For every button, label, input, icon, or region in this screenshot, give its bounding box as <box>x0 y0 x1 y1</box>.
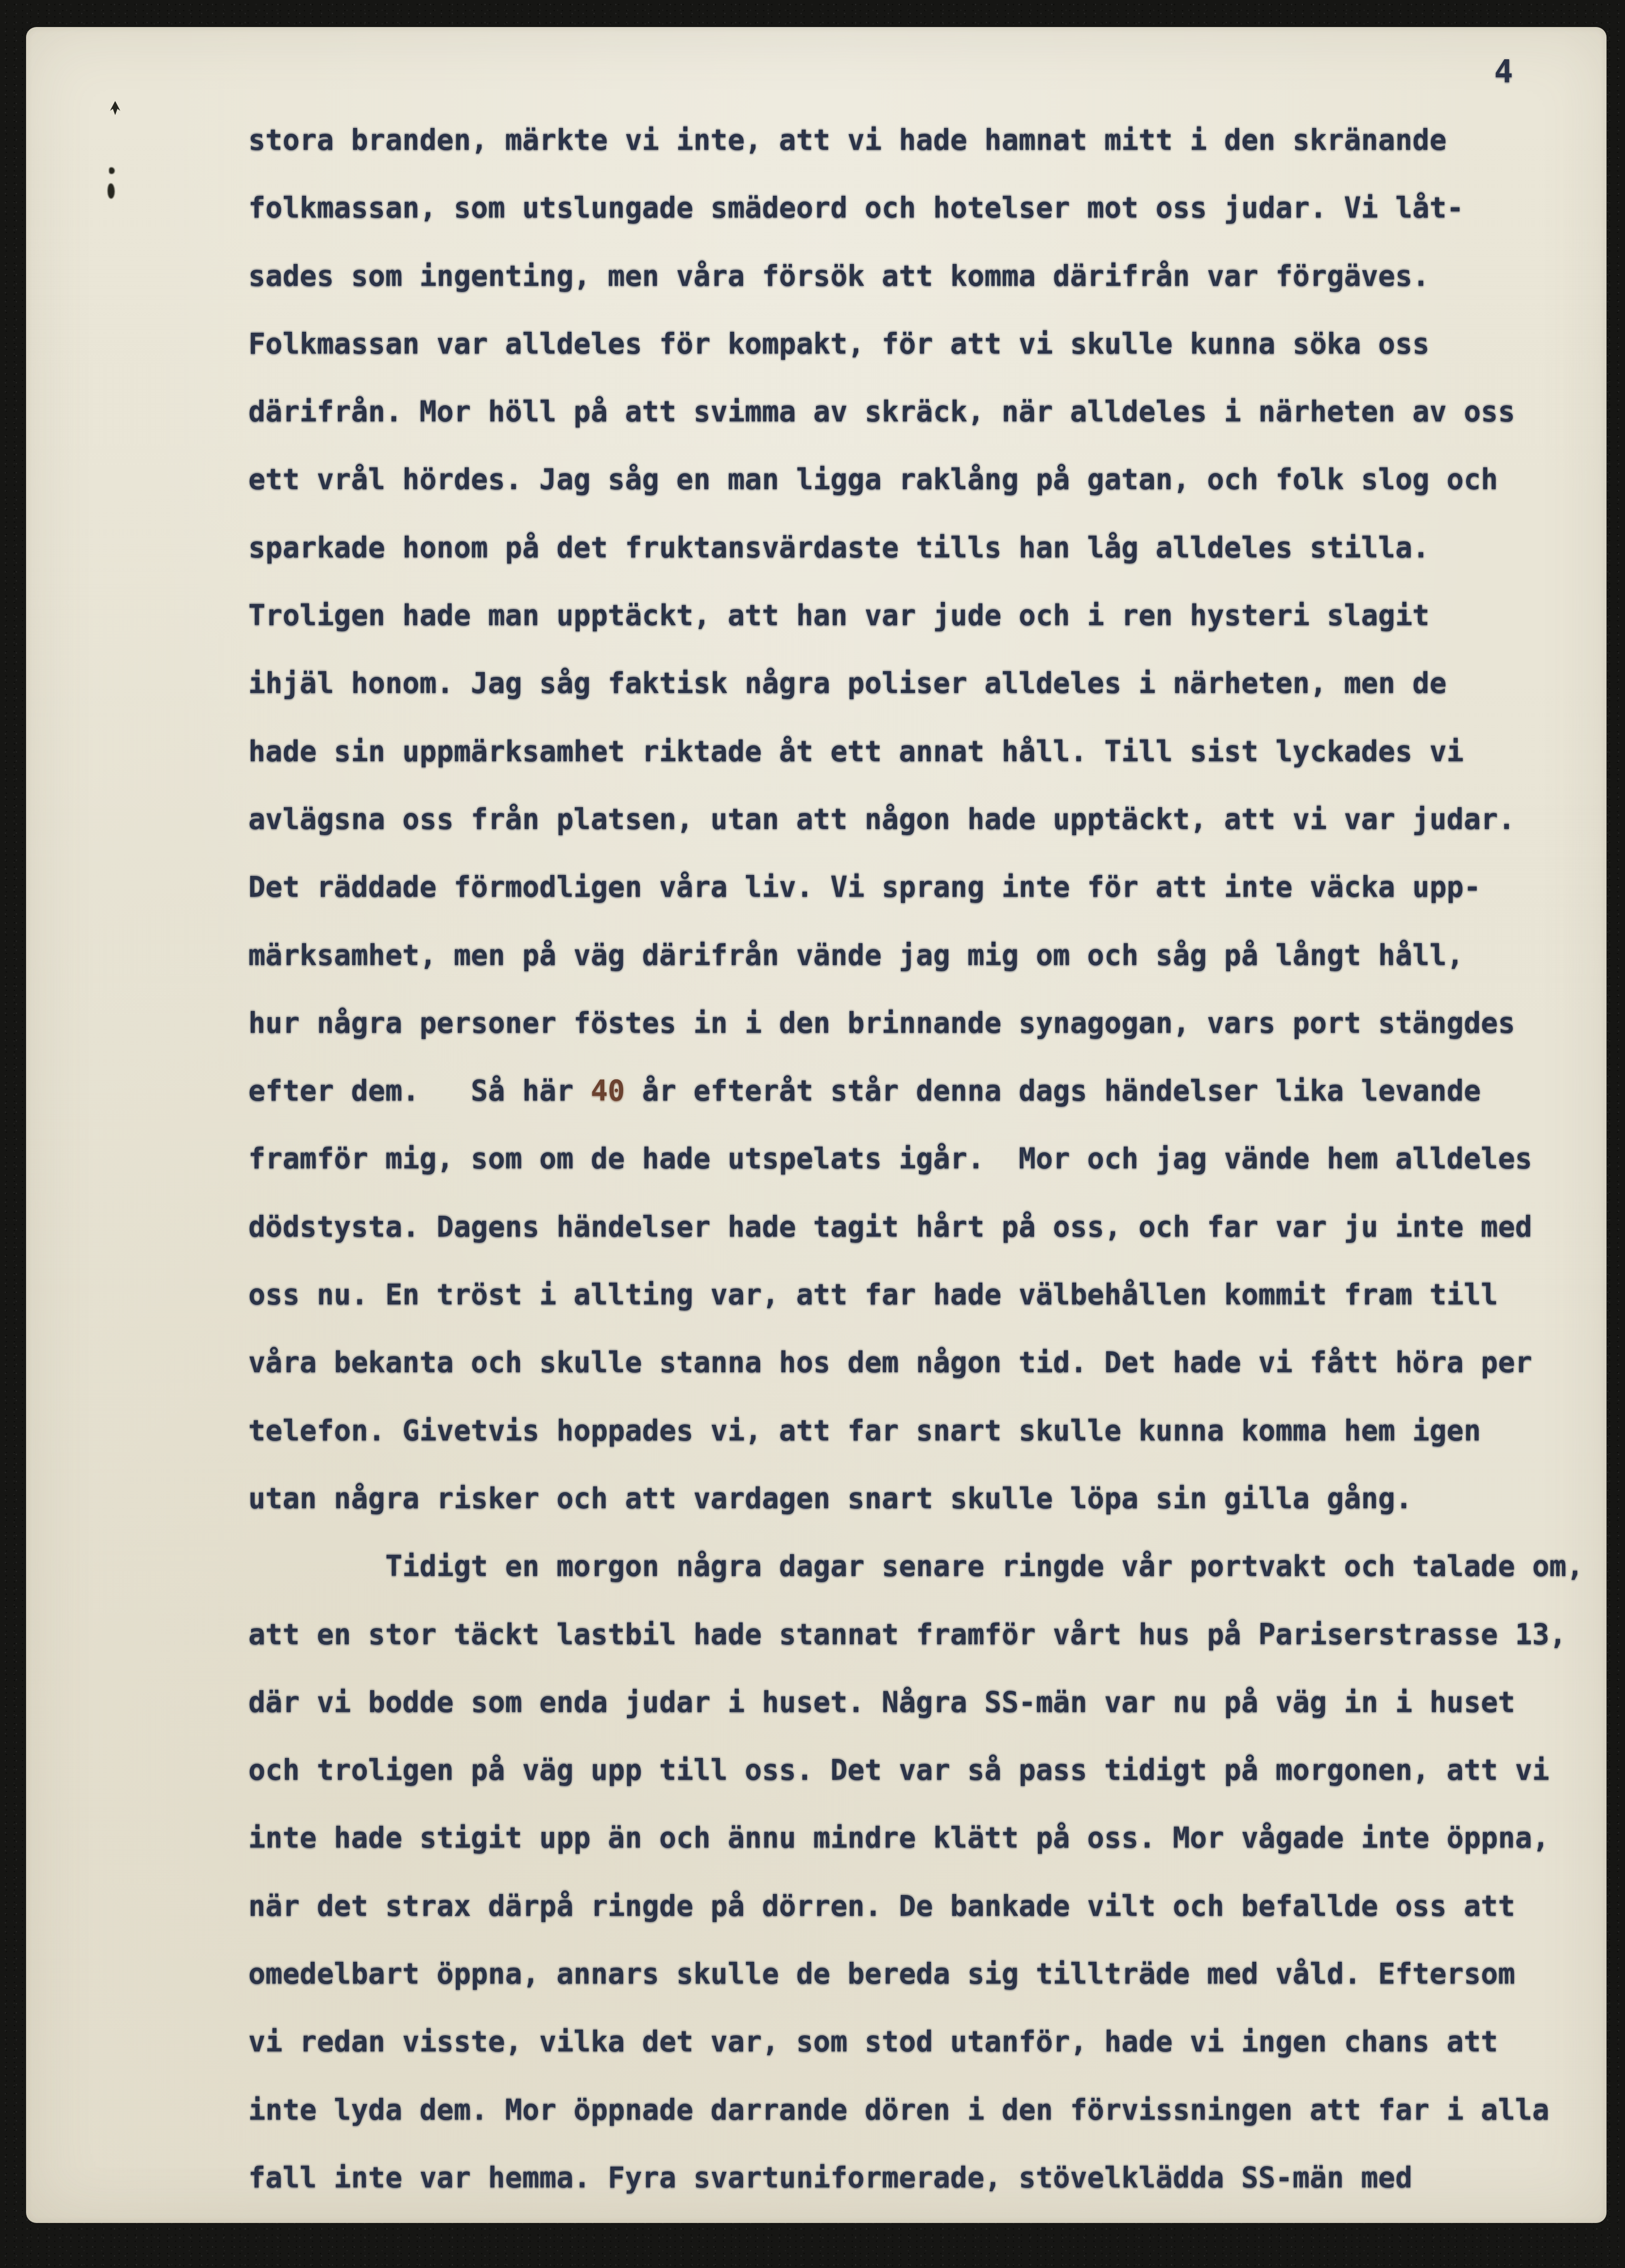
text-line: inte lyda dem. Mor öppnade darrande döre… <box>248 2077 1625 2144</box>
text-segment: därifrån. Mor höll på att svimma av skrä… <box>248 395 1515 428</box>
text-line: dödstysta. Dagens händelser hade tagit h… <box>248 1193 1625 1261</box>
text-segment: och troligen på väg upp till oss. Det va… <box>248 1754 1549 1787</box>
text-segment: våra bekanta och skulle stanna hos dem n… <box>248 1346 1532 1379</box>
text-line: våra bekanta och skulle stanna hos dem n… <box>248 1329 1625 1397</box>
text-segment: sparkade honom på det fruktansvärdaste t… <box>248 531 1430 565</box>
text-segment: ihjäl honom. Jag såg faktisk några polis… <box>248 667 1447 700</box>
text-segment: avlägsna oss från platsen, utan att någo… <box>248 803 1515 836</box>
overwritten-number: 40 <box>590 1075 625 1108</box>
text-line: Folkmassan var alldeles för kompakt, för… <box>248 310 1625 378</box>
text-line: framför mig, som om de hade utspelats ig… <box>248 1125 1625 1193</box>
text-line: vi redan visste, vilka det var, som stod… <box>248 2008 1625 2076</box>
text-segment: fall inte var hemma. Fyra svartuniformer… <box>248 2161 1412 2195</box>
text-line: efter dem. Så här 40 år efteråt står den… <box>248 1057 1625 1125</box>
ink-smudge-mark <box>110 101 120 115</box>
text-line: hur några personer föstes in i den brinn… <box>248 990 1625 1057</box>
text-line: avlägsna oss från platsen, utan att någo… <box>248 786 1625 854</box>
text-segment: hade sin uppmärksamhet riktade åt ett an… <box>248 735 1464 768</box>
text-segment: inte lyda dem. Mor öppnade darrande döre… <box>248 2094 1549 2127</box>
text-line: där vi bodde som enda judar i huset. Någ… <box>248 1669 1625 1737</box>
text-line: ett vrål hördes. Jag såg en man ligga ra… <box>248 446 1625 514</box>
text-segment: telefon. Givetvis hoppades vi, att far s… <box>248 1414 1481 1448</box>
text-line: märksamhet, men på väg därifrån vände ja… <box>248 922 1625 990</box>
ink-speck <box>109 167 115 174</box>
text-line: att en stor täckt lastbil hade stannat f… <box>248 1601 1625 1669</box>
text-segment: där vi bodde som enda judar i huset. Någ… <box>248 1686 1515 1719</box>
text-segment: Tidigt en morgon några dagar senare ring… <box>248 1550 1584 1583</box>
text-line: oss nu. En tröst i allting var, att far … <box>248 1261 1625 1329</box>
text-segment: Det räddade förmodligen våra liv. Vi spr… <box>248 871 1481 904</box>
text-segment: oss nu. En tröst i allting var, att far … <box>248 1278 1498 1312</box>
text-segment: Folkmassan var alldeles för kompakt, för… <box>248 328 1430 361</box>
scan-background: 4 stora branden, märkte vi inte, att vi … <box>0 0 1625 2268</box>
text-segment: folkmassan, som utslungade smädeord och … <box>248 191 1464 225</box>
text-line: hade sin uppmärksamhet riktade åt ett an… <box>248 718 1625 786</box>
text-line: stora branden, märkte vi inte, att vi ha… <box>248 107 1625 174</box>
page-number: 4 <box>1494 53 1513 90</box>
text-segment: inte hade stigit upp än och ännu mindre … <box>248 1822 1549 1855</box>
text-segment: stora branden, märkte vi inte, att vi ha… <box>248 124 1447 157</box>
text-line: telefon. Givetvis hoppades vi, att far s… <box>248 1397 1625 1465</box>
text-line: Tidigt en morgon några dagar senare ring… <box>248 1533 1625 1601</box>
text-segment: märksamhet, men på väg därifrån vände ja… <box>248 939 1464 972</box>
text-line: Det räddade förmodligen våra liv. Vi spr… <box>248 854 1625 921</box>
text-segment: utan några risker och att vardagen snart… <box>248 1482 1412 1515</box>
document-page: 4 stora branden, märkte vi inte, att vi … <box>26 27 1607 2223</box>
text-segment: ett vrål hördes. Jag såg en man ligga ra… <box>248 463 1498 496</box>
text-line: folkmassan, som utslungade smädeord och … <box>248 174 1625 242</box>
text-segment: när det strax därpå ringde på dörren. De… <box>248 1890 1515 1923</box>
ink-speck <box>108 183 115 199</box>
text-line: omedelbart öppna, annars skulle de bered… <box>248 1940 1625 2008</box>
text-segment: efter dem. Så här <box>248 1075 590 1108</box>
text-line: ihjäl honom. Jag såg faktisk några polis… <box>248 650 1625 718</box>
text-segment: att en stor täckt lastbil hade stannat f… <box>248 1618 1566 1651</box>
text-segment: Troligen hade man upptäckt, att han var … <box>248 599 1430 632</box>
text-segment: framför mig, som om de hade utspelats ig… <box>248 1142 1532 1175</box>
text-segment: omedelbart öppna, annars skulle de bered… <box>248 1958 1515 1991</box>
text-line: fall inte var hemma. Fyra svartuniformer… <box>248 2144 1625 2212</box>
text-line: och troligen på väg upp till oss. Det va… <box>248 1737 1625 1804</box>
text-segment: hur några personer föstes in i den brinn… <box>248 1007 1515 1040</box>
text-segment: år efteråt står denna dags händelser lik… <box>625 1075 1481 1108</box>
text-line: sparkade honom på det fruktansvärdaste t… <box>248 514 1625 582</box>
text-line: Troligen hade man upptäckt, att han var … <box>248 582 1625 650</box>
text-line: utan några risker och att vardagen snart… <box>248 1465 1625 1533</box>
text-line: därifrån. Mor höll på att svimma av skrä… <box>248 378 1625 446</box>
document-text: stora branden, märkte vi inte, att vi ha… <box>248 107 1625 2212</box>
text-line: sades som ingenting, men våra försök att… <box>248 243 1625 310</box>
text-segment: vi redan visste, vilka det var, som stod… <box>248 2025 1498 2059</box>
text-line: inte hade stigit upp än och ännu mindre … <box>248 1804 1625 1872</box>
text-line: när det strax därpå ringde på dörren. De… <box>248 1873 1625 1940</box>
text-segment: sades som ingenting, men våra försök att… <box>248 260 1430 293</box>
text-segment: dödstysta. Dagens händelser hade tagit h… <box>248 1211 1532 1244</box>
